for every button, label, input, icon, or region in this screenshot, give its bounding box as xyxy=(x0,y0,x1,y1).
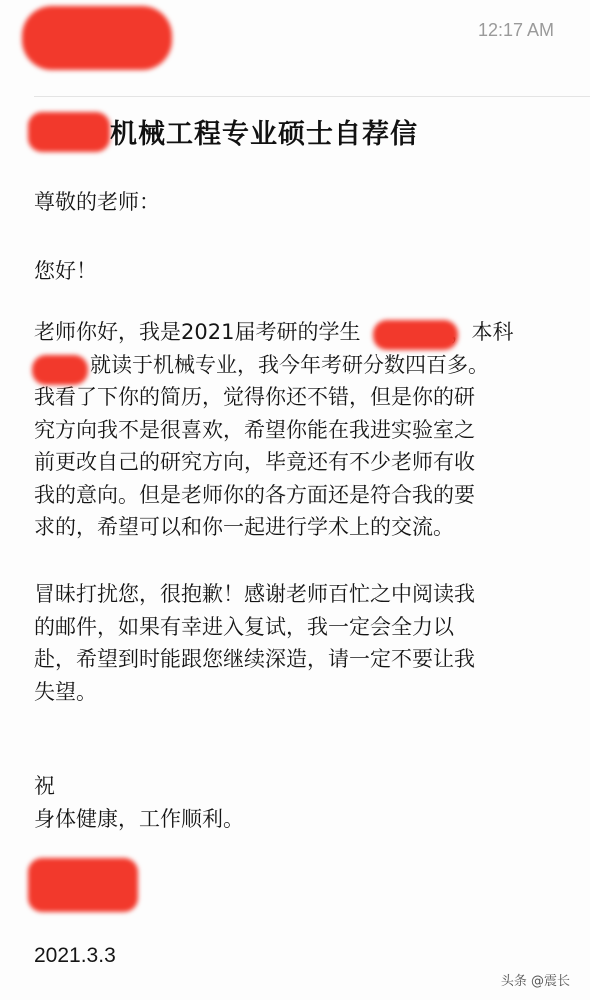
paragraph-2: 冒昧打扰您，很抱歉！感谢老师百忙之中阅读我 的邮件，如果有幸进入复试，我一定会全… xyxy=(34,578,564,708)
letter-date: 2021.3.3 xyxy=(34,944,116,968)
hello-line: 您好！ xyxy=(34,255,564,288)
paragraph-1-line: 老师你好，我是2021届考研的学生，本科 xyxy=(34,316,564,349)
redacted-sender-name xyxy=(22,6,172,70)
email-body-hello: 您好！ xyxy=(34,255,564,288)
paragraph-2-line: 冒昧打扰您，很抱歉！感谢老师百忙之中阅读我 xyxy=(34,578,564,611)
paragraph-2-line: 失望。 xyxy=(34,676,564,709)
paragraph-1-line: 我看了下你的简历，觉得你还不错，但是你的研 xyxy=(34,381,564,414)
email-header: 12:17 AM xyxy=(0,0,590,96)
email-timestamp: 12:17 AM xyxy=(478,20,554,41)
email-subject: 机械工程专业硕士自荐信 xyxy=(110,112,418,151)
paragraph-1: 老师你好，我是2021届考研的学生，本科 就读于机械专业，我今年考研分数四百多。… xyxy=(34,316,564,544)
paragraph-2-line: 赴，希望到时能跟您继续深造，请一定不要让我 xyxy=(34,643,564,676)
paragraph-1-line: 前更改自己的研究方向，毕竟还有不少老师有收 xyxy=(34,446,564,479)
paragraph-2-line: 的邮件，如果有幸进入复试，我一定会全力以 xyxy=(34,611,564,644)
paragraph-1-line: 究方向我不是很喜欢，希望你能在我进实验室之 xyxy=(34,414,564,447)
greeting: 尊敬的老师： xyxy=(34,186,564,219)
paragraph-1-line: 就读于机械专业，我今年考研分数四百多。 xyxy=(34,349,564,382)
closing-line: 身体健康，工作顺利。 xyxy=(34,803,564,836)
redacted-student-name xyxy=(373,320,458,350)
email-body: 尊敬的老师： xyxy=(34,186,564,219)
paragraph-1-line: 我的意向。但是老师你的各方面还是符合我的要 xyxy=(34,479,564,512)
redacted-signature xyxy=(28,858,138,912)
watermark: 头条 @震长 xyxy=(501,970,570,989)
redacted-subject-prefix xyxy=(28,112,110,152)
paragraph-1-line: 求的，希望可以和你一起进行学术上的交流。 xyxy=(34,511,564,544)
closing: 祝 身体健康，工作顺利。 xyxy=(34,770,564,835)
closing-line: 祝 xyxy=(34,770,564,803)
redacted-university xyxy=(32,355,88,385)
header-divider xyxy=(34,96,590,97)
